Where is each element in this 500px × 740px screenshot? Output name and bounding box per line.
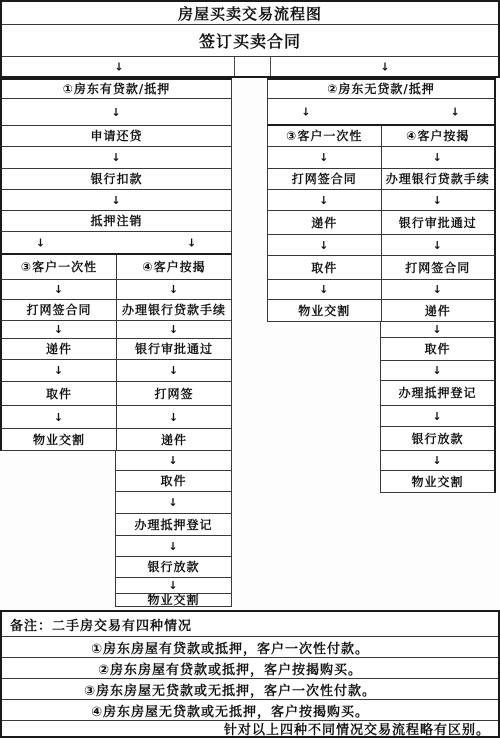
arrow-cell: ↓: [381, 147, 497, 169]
sign-contract-text: 签订买卖合同: [199, 29, 301, 52]
arrow-cell: ↓: [115, 536, 232, 557]
right-mortgage-column-header: ④客户按揭: [381, 126, 497, 147]
down-arrow-icon: ↓: [319, 152, 329, 163]
arrow-cell: ↓: [381, 190, 497, 211]
right-cash-online-sign-contract: 打网签合同: [267, 169, 381, 190]
page-title: 房屋买卖交易流程图: [2, 2, 498, 25]
arrow-cell: ↓: [116, 280, 232, 300]
right-cash-collect-documents: 取件: [267, 256, 381, 280]
arrow-cell: ↓: [267, 190, 381, 211]
down-arrow-icon: ↓: [111, 195, 121, 206]
left-mortgage-bank-loan-procedure: 办理银行贷款手续: [116, 300, 232, 321]
left-cash-online-sign-contract: 打网签合同: [0, 300, 116, 321]
down-arrow-icon: ↓: [433, 284, 443, 295]
down-arrow-icon: ↓: [433, 240, 443, 251]
left-mortgage-property-handover: 物业交割: [115, 594, 232, 607]
down-arrow-icon: ↓: [432, 411, 442, 422]
divider-line: [270, 57, 271, 76]
arrow-cell: ↓: [0, 360, 116, 382]
down-arrow-icon: ↓: [433, 195, 443, 206]
arrow-cell: ↓: [380, 361, 496, 381]
right-mortgage-bank-approval: 银行审批通过: [381, 211, 497, 235]
right-mortgage-online-sign-contract: 打网签合同: [381, 256, 497, 280]
notes-footer-row: 针对以上四种不同情况交易流程略有区别。: [2, 721, 498, 736]
notes-item-row: ④房东房屋无贷款或无抵押，客户按揭购买。: [2, 700, 498, 721]
arrow-cell: ↓: [380, 322, 496, 338]
left-mortgage-registration: 办理抵押登记: [115, 514, 232, 536]
down-arrow-icon: ↓: [36, 237, 46, 248]
down-arrow-icon: ↓: [54, 365, 64, 376]
arrow-cell: ↓: [0, 190, 232, 211]
down-arrow-icon: ↓: [432, 365, 442, 376]
flow-region: ①房东有贷款/抵押 ↓ 申请还贷 ↓ 银行扣款 ↓ 抵押注销 ↓ ↓ ③客户一次…: [0, 78, 500, 610]
arrow-cell: ↓: [115, 451, 232, 471]
arrow-cell: ↓: [381, 280, 497, 300]
down-arrow-icon: ↓: [432, 455, 442, 466]
divider-line: [234, 57, 235, 76]
sign-contract-step: 签订买卖合同: [2, 25, 498, 57]
arrow-cell: ↓: [267, 235, 381, 256]
arrow-cell: ↓: [115, 578, 232, 594]
left-branch-header: ①房东有贷款/抵押: [0, 78, 232, 99]
notes-title-row: 备注：二手房交易有四种情况: [2, 612, 498, 637]
arrow-cell: ↓: [0, 280, 116, 300]
down-arrow-icon: ↓: [168, 580, 178, 591]
notes-item-row: ②房东房屋有贷款或抵押，客户按揭购买。: [2, 658, 498, 679]
down-arrow-icon: ↓: [168, 497, 178, 508]
right-mortgage-registration: 办理抵押登记: [380, 381, 496, 406]
down-arrow-icon: ↓: [168, 541, 178, 552]
page-title-text: 房屋买卖交易流程图: [178, 3, 322, 24]
left-mortgage-bank-approval: 银行审批通过: [116, 339, 232, 360]
branch-arrow-row: ↓ ↓: [2, 57, 498, 76]
down-arrow-icon: ↓: [380, 61, 389, 72]
flowchart-page: 房屋买卖交易流程图 签订买卖合同 ↓ ↓ ①房东有贷款/抵押 ↓ 申请还贷 ↓ …: [0, 0, 500, 740]
bank-deduction-node: 银行扣款: [0, 169, 232, 190]
arrow-cell: ↓: [381, 235, 497, 256]
left-mortgage-collect-documents: 取件: [115, 471, 232, 492]
down-arrow-icon: ↓: [450, 106, 460, 117]
arrow-cell: ↓: [267, 280, 381, 300]
down-arrow-icon: ↓: [54, 284, 64, 295]
split-arrow-cell: ↓ ↓: [267, 99, 496, 126]
down-arrow-icon: ↓: [432, 324, 442, 335]
right-mortgage-bank-disbursement: 银行放款: [380, 427, 496, 451]
down-arrow-icon: ↓: [111, 152, 121, 163]
right-mortgage-bank-loan-procedure: 办理银行贷款手续: [381, 169, 497, 190]
down-arrow-icon: ↓: [433, 152, 443, 163]
left-branch-table: ①房东有贷款/抵押 ↓ 申请还贷 ↓ 银行扣款 ↓ 抵押注销 ↓ ↓ ③客户一次…: [0, 78, 232, 607]
right-cash-column-header: ③客户一次性: [267, 126, 381, 147]
down-arrow-icon: ↓: [187, 237, 197, 248]
arrow-cell: ↓: [115, 492, 232, 514]
left-cash-collect-documents: 取件: [0, 382, 116, 406]
arrow-cell: ↓: [116, 406, 232, 429]
arrow-cell: ↓: [116, 360, 232, 382]
left-cash-submit-documents: 递件: [0, 339, 116, 360]
left-cash-property-handover: 物业交割: [0, 429, 116, 451]
right-branch-table: ②房东无贷款/抵押 ↓ ↓ ③客户一次性 ④客户按揭 ↓ ↓ 打网签合同 办理银…: [267, 78, 496, 493]
down-arrow-icon: ↓: [301, 106, 311, 117]
down-arrow-icon: ↓: [114, 61, 123, 72]
down-arrow-icon: ↓: [168, 455, 178, 466]
left-mortgage-online-sign: 打网签: [116, 382, 232, 406]
down-arrow-icon: ↓: [169, 365, 179, 376]
right-cash-property-handover: 物业交割: [267, 300, 381, 322]
right-branch-header: ②房东无贷款/抵押: [267, 78, 496, 99]
right-mortgage-property-handover: 物业交割: [380, 471, 496, 493]
left-mortgage-bank-disbursement: 银行放款: [115, 557, 232, 578]
left-cash-column-header: ③客户一次性: [0, 255, 116, 280]
down-arrow-icon: ↓: [54, 412, 64, 423]
right-cash-submit-documents: 递件: [267, 211, 381, 235]
down-arrow-icon: ↓: [319, 195, 329, 206]
arrow-cell: ↓: [0, 99, 232, 126]
down-arrow-icon: ↓: [169, 412, 179, 423]
apply-repayment-node: 申请还贷: [0, 126, 232, 147]
down-arrow-icon: ↓: [319, 284, 329, 295]
left-mortgage-column-header: ④客户按揭: [116, 255, 232, 280]
mortgage-cancellation-node: 抵押注销: [0, 211, 232, 232]
down-arrow-icon: ↓: [169, 284, 179, 295]
arrow-cell: ↓: [0, 147, 232, 169]
notes-item-row: ①房东房屋有贷款或抵押，客户一次性付款。: [2, 637, 498, 658]
arrow-cell: ↓: [0, 321, 116, 339]
down-arrow-icon: ↓: [54, 324, 64, 335]
right-mortgage-collect-documents: 取件: [380, 338, 496, 361]
arrow-cell: ↓: [380, 451, 496, 471]
arrow-cell: ↓: [267, 147, 381, 169]
arrow-cell: ↓: [0, 406, 116, 429]
top-block: 房屋买卖交易流程图 签订买卖合同 ↓ ↓: [0, 0, 500, 78]
notes-table: 备注：二手房交易有四种情况 ①房东房屋有贷款或抵押，客户一次性付款。 ②房东房屋…: [0, 610, 500, 738]
notes-item-row: ③房东房屋无贷款或无抵押，客户一次性付款。: [2, 679, 498, 700]
down-arrow-icon: ↓: [111, 107, 121, 118]
left-mortgage-submit-documents: 递件: [116, 429, 232, 451]
arrow-cell: ↓: [116, 321, 232, 339]
down-arrow-icon: ↓: [319, 240, 329, 251]
down-arrow-icon: ↓: [169, 324, 179, 335]
split-arrow-cell: ↓ ↓: [0, 232, 232, 255]
right-mortgage-submit-documents: 递件: [381, 300, 497, 322]
arrow-cell: ↓: [380, 406, 496, 427]
